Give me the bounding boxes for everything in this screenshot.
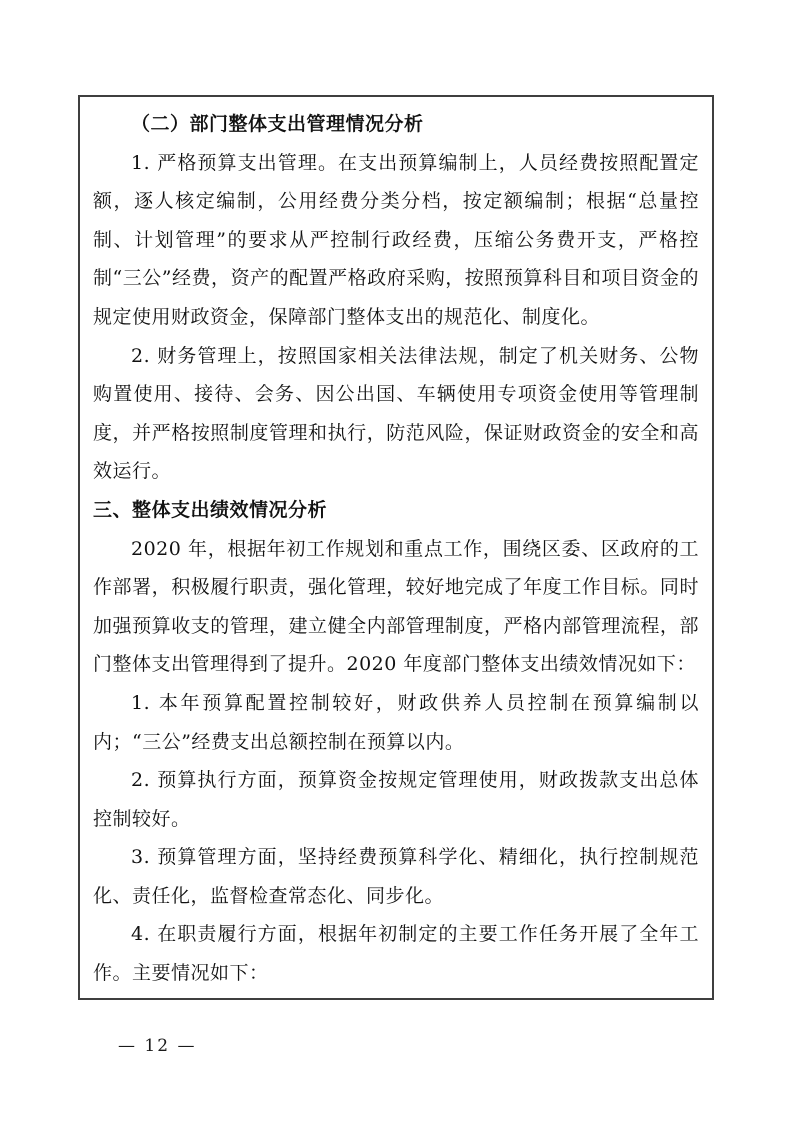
- section-heading: 三、整体支出绩效情况分析: [93, 491, 699, 530]
- paragraph: 2. 财务管理上，按照国家相关法律法规，制定了机关财务、公物购置使用、接待、会务…: [93, 337, 699, 491]
- page-number: — 12 —: [118, 1036, 196, 1056]
- document-page: （二）部门整体支出管理情况分析1. 严格预算支出管理。在支出预算编制上，人员经费…: [0, 0, 793, 1122]
- document-body: （二）部门整体支出管理情况分析1. 严格预算支出管理。在支出预算编制上，人员经费…: [93, 105, 699, 1000]
- paragraph: 2. 预算执行方面，预算资金按规定管理使用，财政拨款支出总体控制较好。: [93, 761, 699, 838]
- paragraph: 1. 本年预算配置控制较好，财政供养人员控制在预算编制以内；“三公”经费支出总额…: [93, 684, 699, 761]
- paragraph: 聚焦党建引领全年共组织党委中心组学习 12 次，持续推进党支部“五化”: [93, 993, 699, 1000]
- paragraph: 1. 严格预算支出管理。在支出预算编制上，人员经费按照配置定额，逐人核定编制，公…: [93, 144, 699, 337]
- paragraph: 2020 年，根据年初工作规划和重点工作，围绕区委、区政府的工作部署，积极履行职…: [93, 530, 699, 684]
- paragraph: 4. 在职责履行方面，根据年初制定的主要工作任务开展了全年工作。主要情况如下：: [93, 915, 699, 992]
- section-heading: （二）部门整体支出管理情况分析: [93, 105, 699, 144]
- content-border-box: （二）部门整体支出管理情况分析1. 严格预算支出管理。在支出预算编制上，人员经费…: [78, 95, 714, 1000]
- paragraph: 3. 预算管理方面，坚持经费预算科学化、精细化，执行控制规范化、责任化，监督检查…: [93, 838, 699, 915]
